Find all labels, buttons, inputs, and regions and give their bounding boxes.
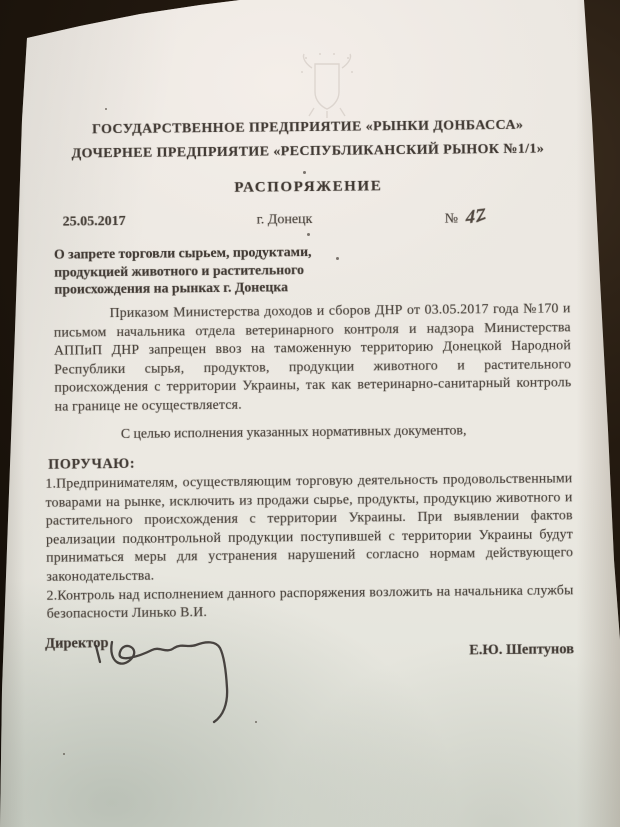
org-name-line1: ГОСУДАРСТВЕННОЕ ПРЕДПРИЯТИЕ «РЫНКИ ДОНБА… <box>0 117 618 139</box>
order-heading: ПОРУЧАЮ: <box>48 456 135 474</box>
paper-speck <box>307 233 310 236</box>
staple-icon <box>33 7 77 15</box>
purpose-line: С целью исполнения указанных нормативных… <box>121 422 467 442</box>
paper-speck <box>255 721 257 723</box>
director-signature <box>86 610 266 728</box>
number-value-handwritten: 47 <box>466 209 485 226</box>
doc-city: г. Донецк <box>257 212 313 229</box>
doc-title: РАСПОРЯЖЕНИЕ <box>0 176 618 199</box>
order-items: 1.Предпринимателям, осуществляющим торго… <box>45 469 574 623</box>
org-name-line2: ДОЧЕРНЕЕ ПРЕДПРИЯТИЕ «РЕСПУБЛИКАНСКИЙ РЫ… <box>0 141 618 163</box>
number-sign: № <box>445 211 459 226</box>
subject-block: О запрете торговли сырьем, продуктами, п… <box>54 242 385 298</box>
doc-meta-row: 25.05.2017 г. Донецк №47 <box>0 209 619 235</box>
doc-number: №47 <box>445 210 486 227</box>
doc-date: 25.05.2017 <box>63 214 126 231</box>
photo-background: ГОСУДАРСТВЕННОЕ ПРЕДПРИЯТИЕ «РЫНКИ ДОНБА… <box>0 0 620 827</box>
body-paragraph: Приказом Министерства доходов и сборов Д… <box>54 299 572 416</box>
paper-sheet: ГОСУДАРСТВЕННОЕ ПРЕДПРИЯТИЕ «РЫНКИ ДОНБА… <box>0 0 620 827</box>
paper-speck <box>63 753 65 755</box>
order-item-1: 1.Предпринимателям, осуществляющим торго… <box>45 469 573 586</box>
subject-line-3: происхождения на рынках г. Донецка <box>54 277 384 298</box>
paper-speck <box>336 257 339 260</box>
paper-speck <box>303 171 306 174</box>
paper-speck <box>105 108 107 110</box>
signatory-name: Е.Ю. Шептунов <box>469 641 574 659</box>
